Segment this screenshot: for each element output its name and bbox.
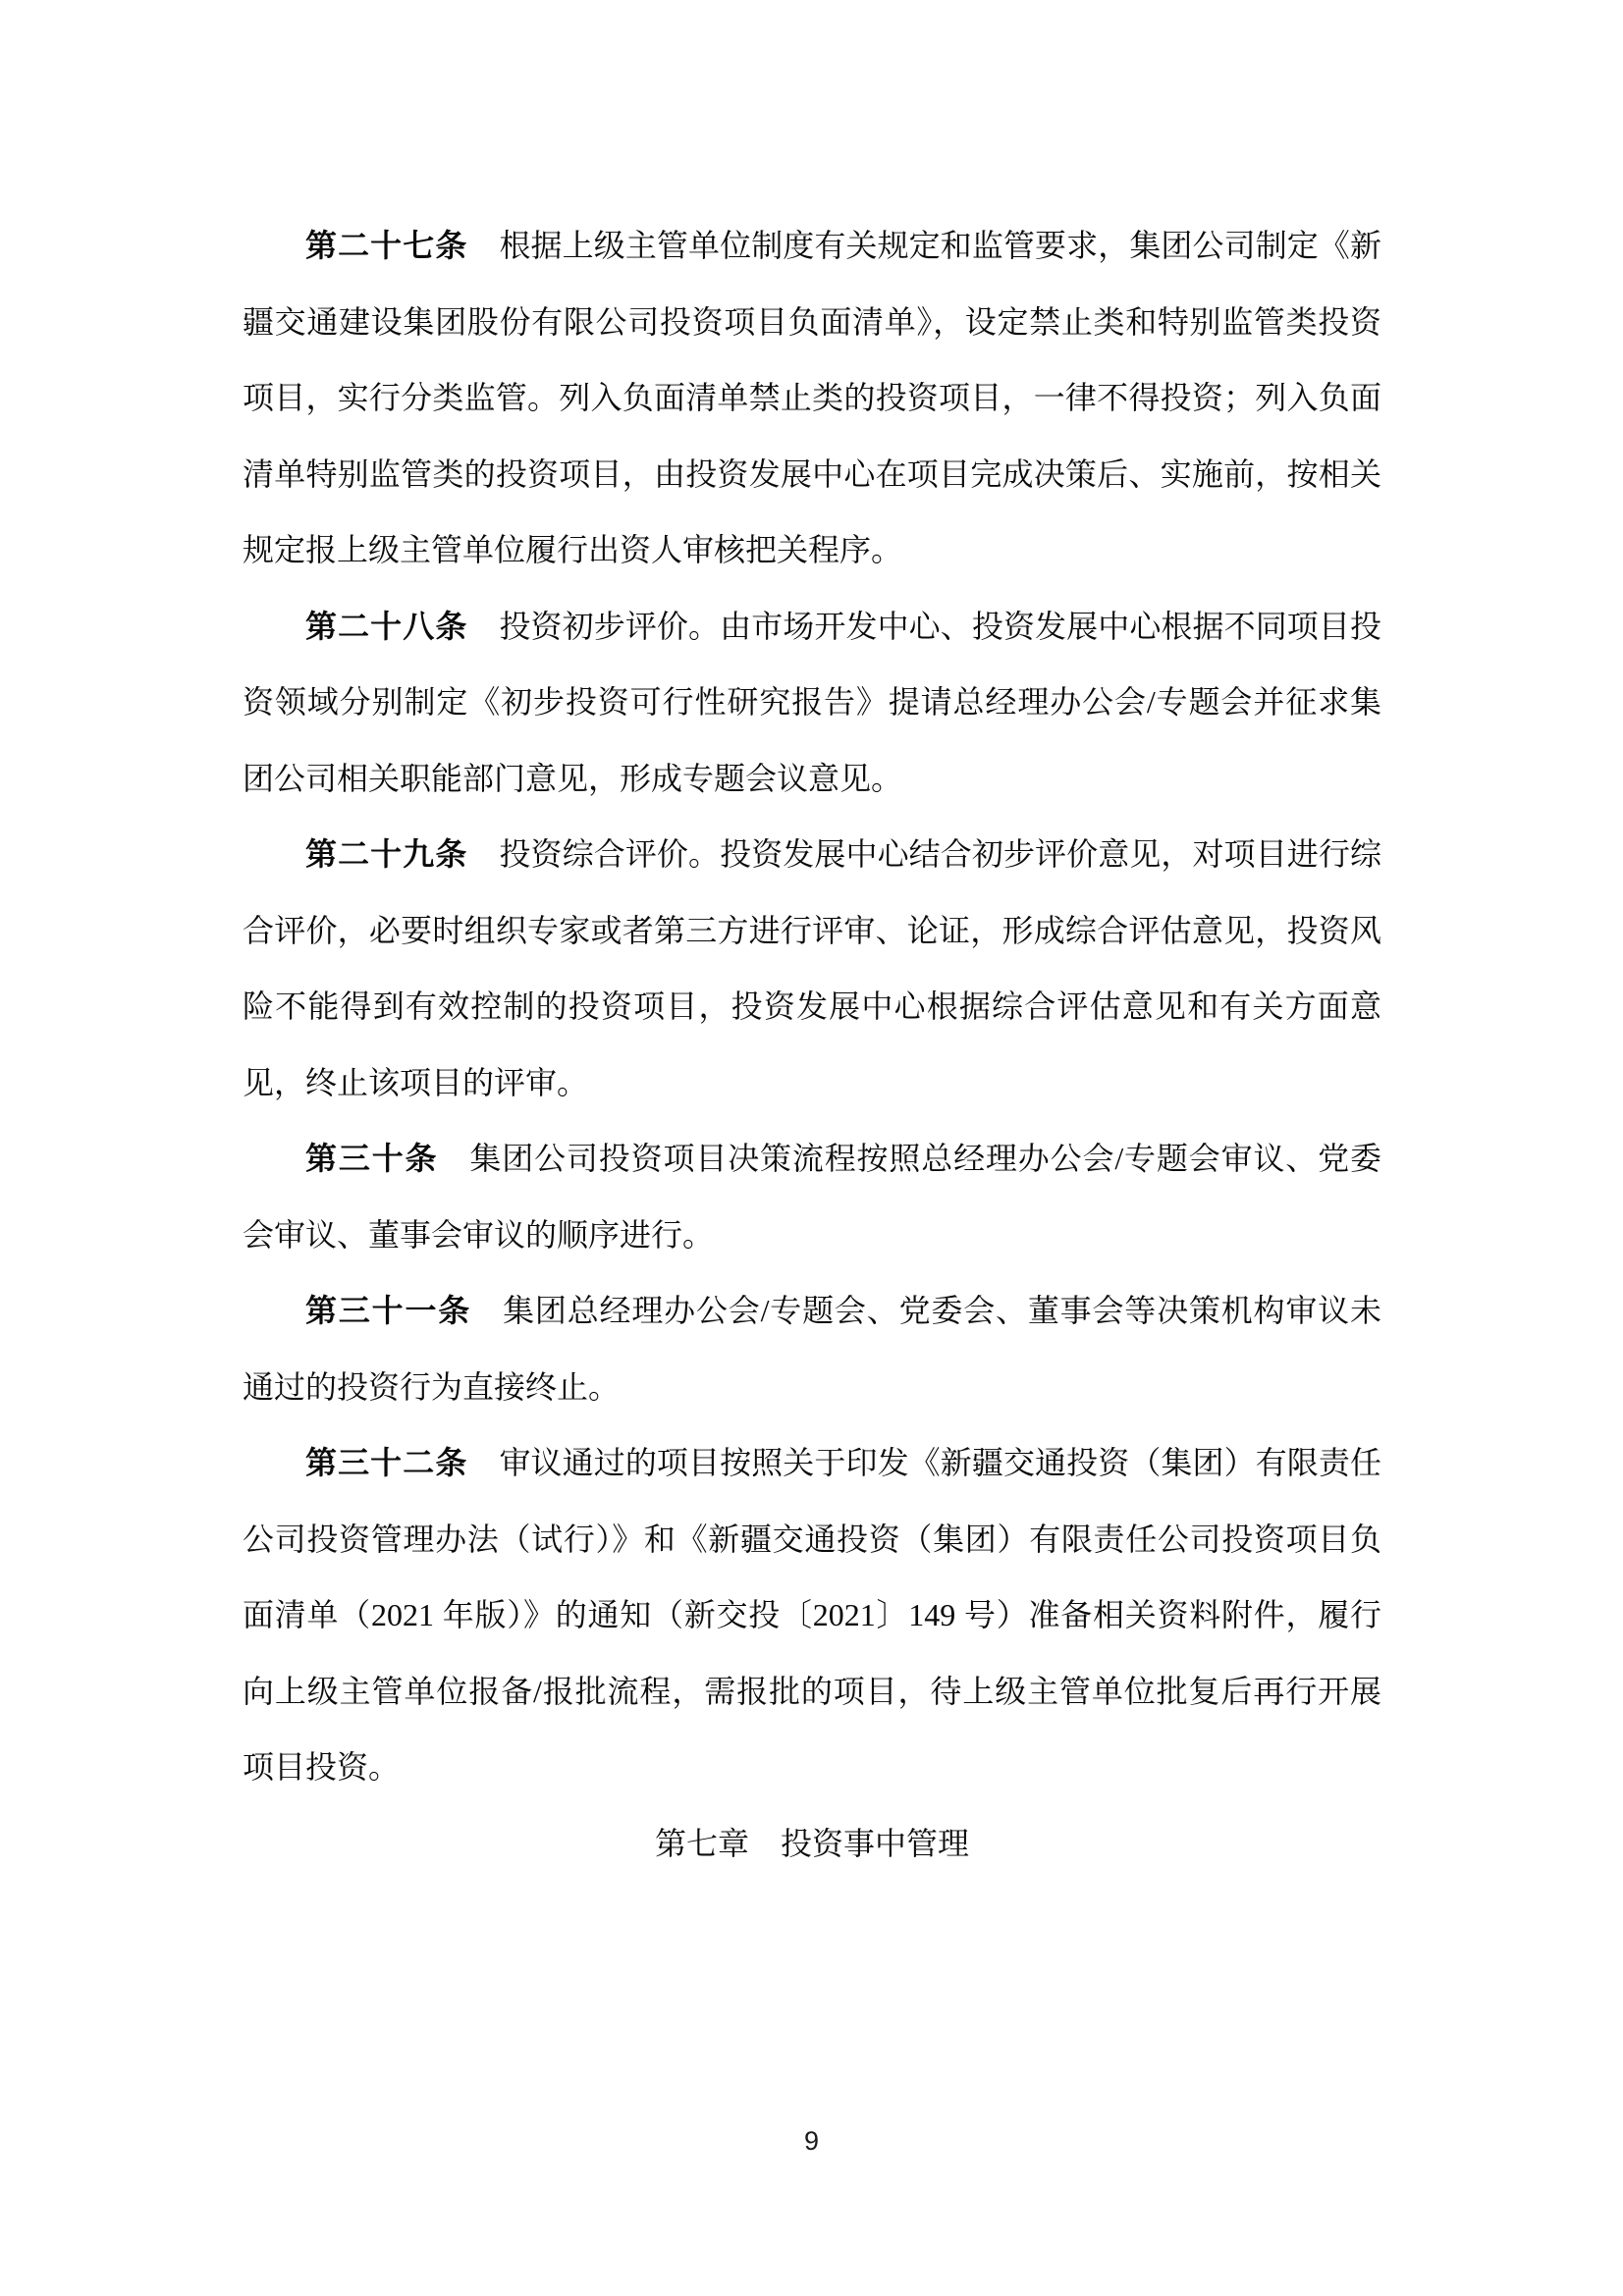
article-number: 第三十一条 bbox=[305, 1293, 471, 1328]
article-number: 第三十条 bbox=[305, 1141, 438, 1176]
document-page: 第二十七条根据上级主管单位制度有关规定和监管要求，集团公司制定《新疆交通建设集团… bbox=[0, 0, 1623, 2296]
article-number: 第二十七条 bbox=[305, 228, 467, 263]
article-paragraph: 第三十条集团公司投资项目决策流程按照总经理办公会/专题会审议、党委会审议、董事会… bbox=[243, 1121, 1381, 1273]
article-number: 第三十二条 bbox=[305, 1445, 467, 1480]
article-paragraph: 第二十七条根据上级主管单位制度有关规定和监管要求，集团公司制定《新疆交通建设集团… bbox=[243, 208, 1381, 589]
article-number: 第二十八条 bbox=[305, 609, 467, 644]
article-number: 第二十九条 bbox=[305, 836, 467, 872]
article-paragraph: 第二十八条投资初步评价。由市场开发中心、投资发展中心根据不同项目投资领域分别制定… bbox=[243, 589, 1381, 818]
page-number: 9 bbox=[0, 2126, 1623, 2157]
document-body: 第二十七条根据上级主管单位制度有关规定和监管要求，集团公司制定《新疆交通建设集团… bbox=[243, 208, 1381, 1882]
article-text: 根据上级主管单位制度有关规定和监管要求，集团公司制定《新疆交通建设集团股份有限公… bbox=[243, 228, 1381, 567]
article-text: 审议通过的项目按照关于印发《新疆交通投资（集团）有限责任公司投资管理办法（试行）… bbox=[243, 1445, 1381, 1785]
chapter-heading: 第七章 投资事中管理 bbox=[243, 1806, 1381, 1883]
article-paragraph: 第三十一条集团总经理办公会/专题会、党委会、董事会等决策机构审议未通过的投资行为… bbox=[243, 1273, 1381, 1425]
article-text: 投资综合评价。投资发展中心结合初步评价意见，对项目进行综合评价，必要时组织专家或… bbox=[243, 836, 1381, 1100]
article-paragraph: 第二十九条投资综合评价。投资发展中心结合初步评价意见，对项目进行综合评价，必要时… bbox=[243, 817, 1381, 1121]
article-paragraph: 第三十二条审议通过的项目按照关于印发《新疆交通投资（集团）有限责任公司投资管理办… bbox=[243, 1425, 1381, 1806]
